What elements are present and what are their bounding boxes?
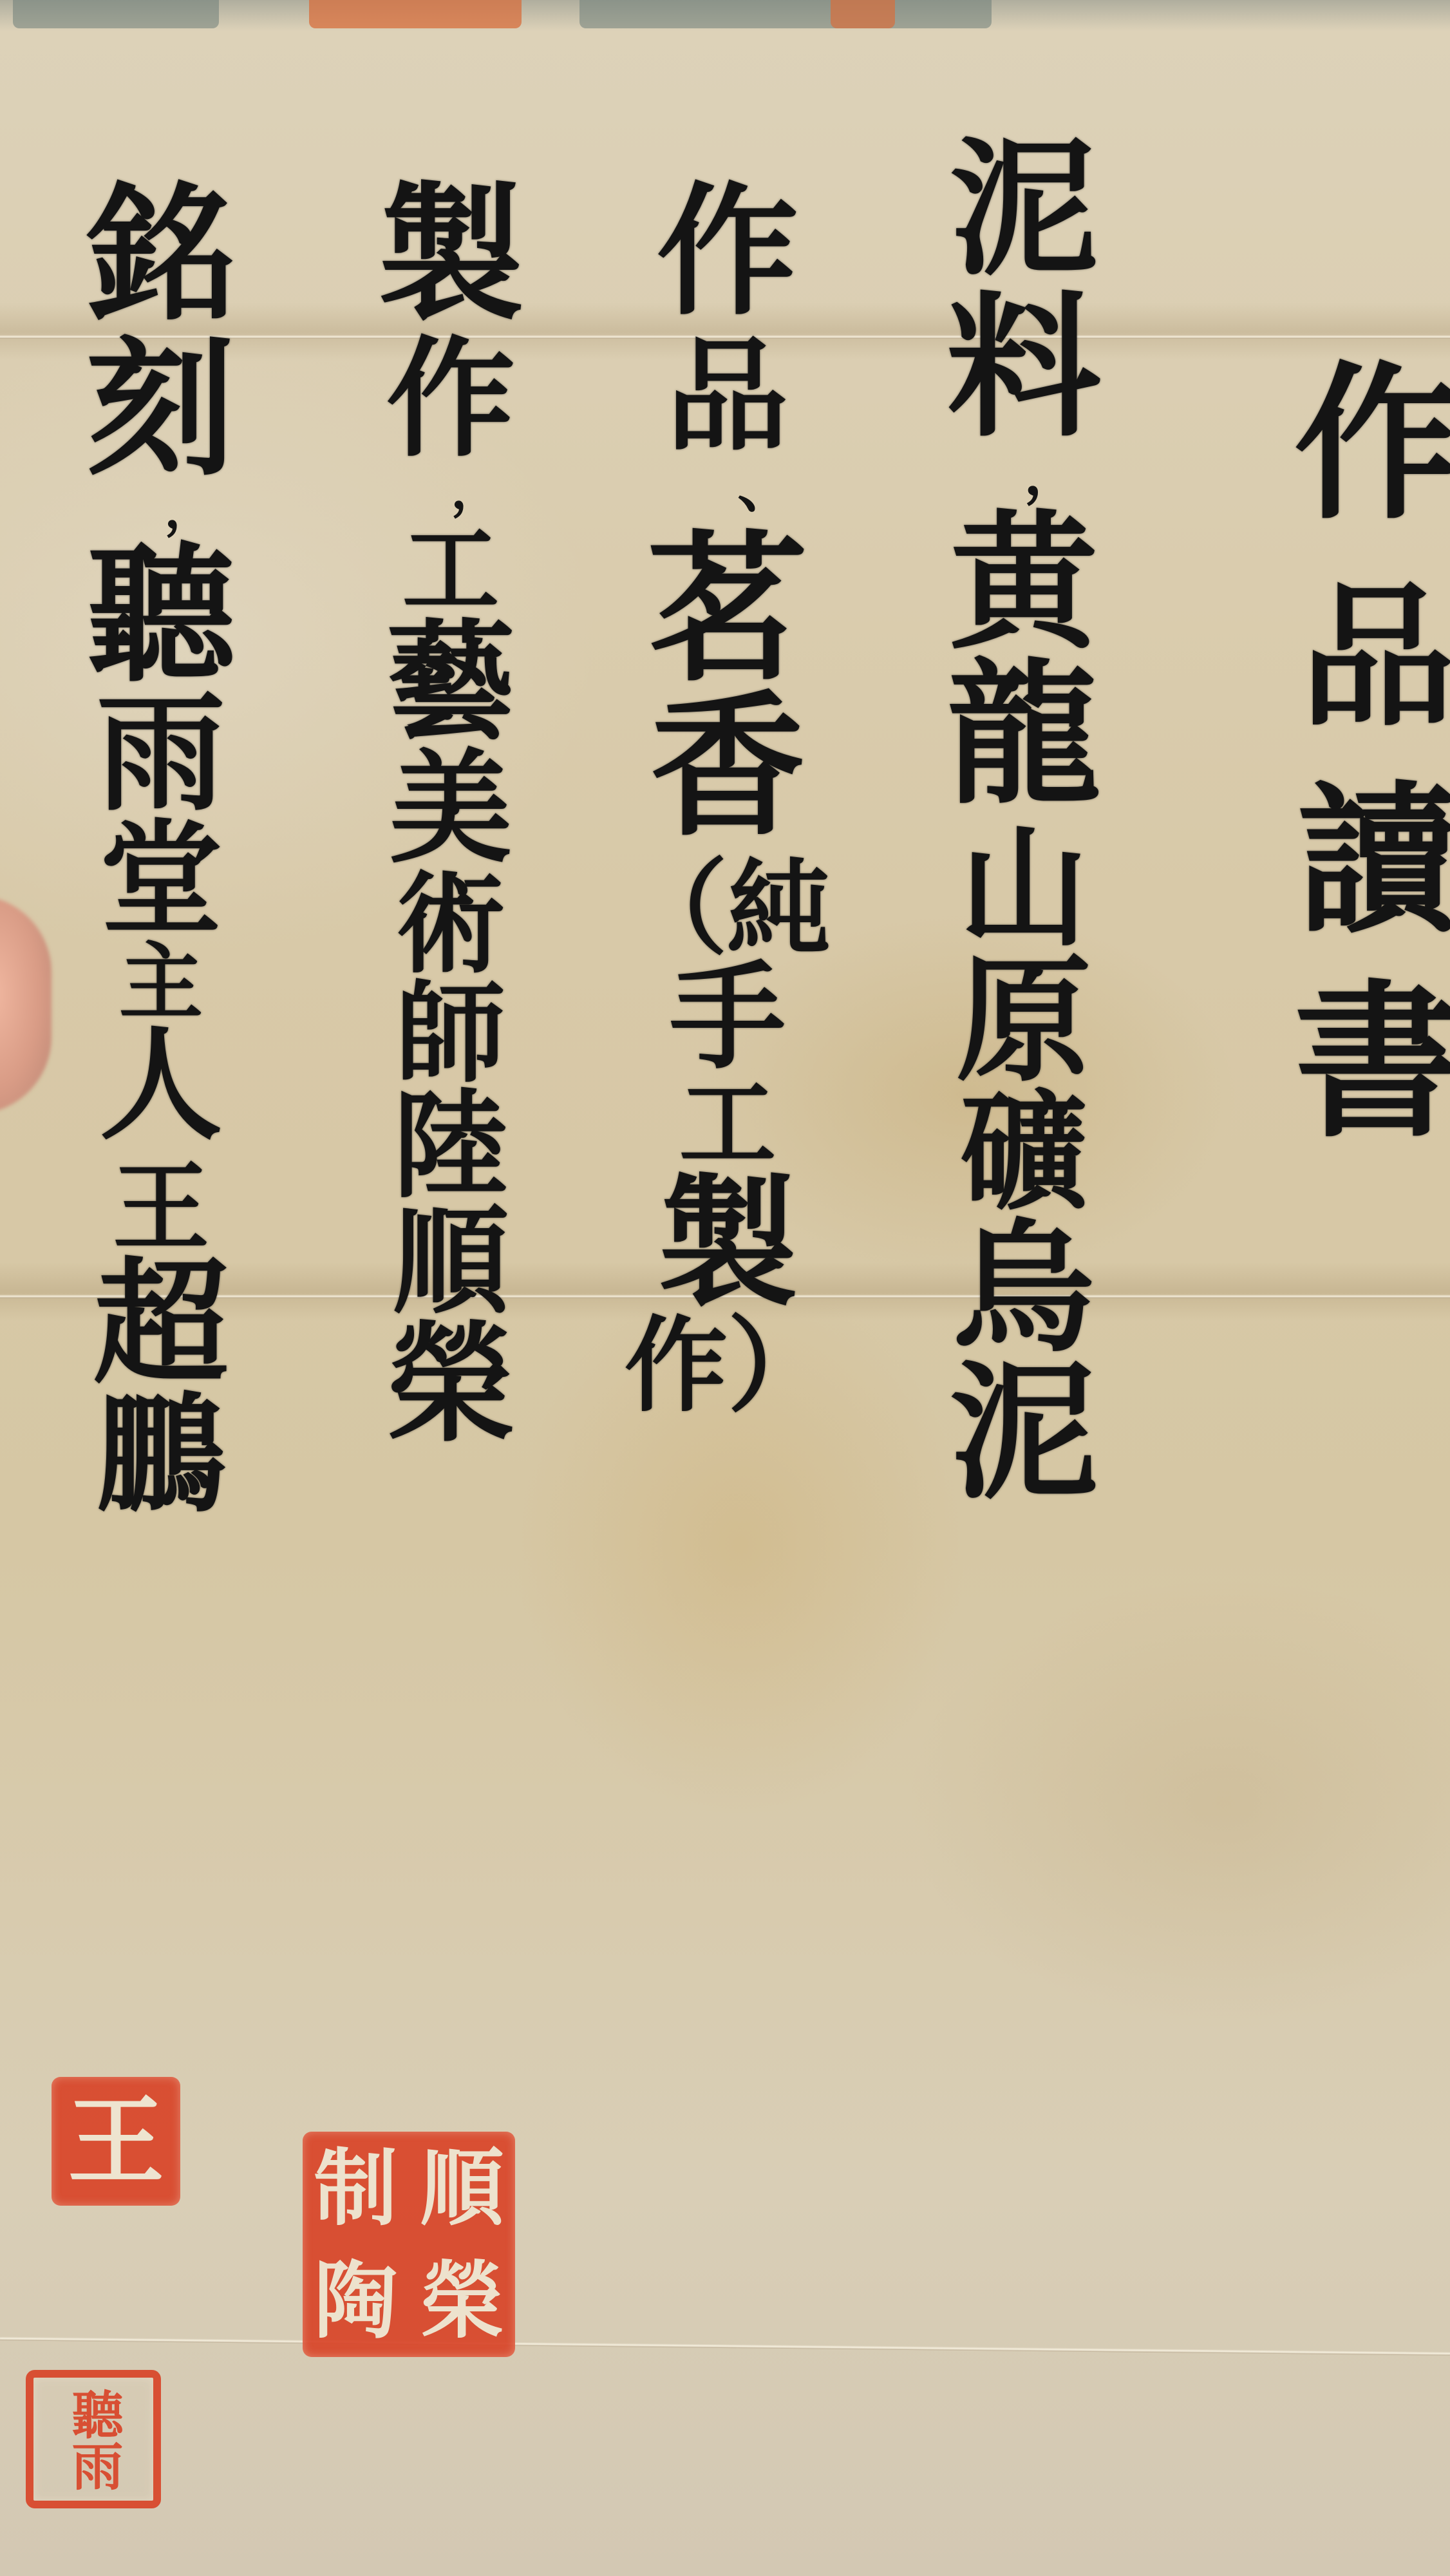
character: 工: [402, 522, 499, 618]
character: 人: [100, 1024, 222, 1146]
character: 礦: [959, 1088, 1088, 1217]
seal-character: 陶: [303, 2244, 409, 2357]
text-column-1: 作 品 讀 書: [1262, 361, 1450, 1146]
seal-wang: 王: [52, 2077, 180, 2206]
character: （純: [625, 857, 831, 960]
character: 書: [1294, 979, 1450, 1146]
character: 作: [1294, 361, 1450, 528]
character: 王: [113, 1159, 209, 1256]
character: 術: [396, 869, 505, 979]
seal-character: 榮: [409, 2244, 515, 2357]
punctuation: ，: [451, 464, 502, 515]
text-column-4: 製 作 ， 工 藝 美 術 師 陸 順 榮: [328, 180, 573, 1449]
character: 作）: [625, 1314, 831, 1417]
character: 師: [396, 979, 505, 1088]
character: 茗: [647, 528, 808, 689]
character: 製: [377, 180, 525, 328]
punctuation: 、: [737, 457, 795, 515]
seal-shunrong-zhitao: 制 順 陶 榮: [303, 2132, 515, 2357]
character: 龍: [946, 657, 1101, 811]
text-column-5-signature: 銘 刻 ， 聽 雨 堂 主 人 王 超 鵬: [26, 180, 296, 1520]
seal-character: 順: [409, 2132, 515, 2244]
character: 原: [956, 953, 1091, 1088]
character: 讀: [1297, 779, 1450, 940]
character: 銘: [87, 180, 235, 328]
character: 作: [657, 180, 798, 322]
character: 製: [657, 1172, 798, 1314]
ornament-gray: [579, 0, 992, 28]
seal-character: 聽雨: [33, 2378, 153, 2501]
character: 主: [119, 940, 203, 1024]
character: 品: [1301, 580, 1450, 734]
punctuation: ，: [1024, 444, 1082, 502]
text-column-3: 作 品 、 茗 香 （純 手 工 製 作）: [599, 180, 856, 1417]
seal-character: 制: [303, 2132, 409, 2244]
character: 工: [679, 1075, 776, 1172]
character: 香: [650, 689, 805, 844]
character: 聽: [87, 541, 235, 689]
character: 泥: [950, 135, 1098, 283]
character: 美: [390, 747, 512, 869]
character: 雨: [97, 689, 225, 818]
character: 作: [386, 335, 515, 464]
punctuation: ，: [164, 483, 216, 535]
character: 泥: [950, 1359, 1098, 1507]
character: 手: [670, 960, 786, 1075]
character: 順: [393, 1204, 509, 1320]
ornament-gray: [13, 0, 219, 28]
character: 品: [666, 335, 789, 457]
character: 陸: [393, 1088, 509, 1204]
character: 鵬: [97, 1391, 225, 1520]
character: 藝: [386, 618, 515, 747]
seal-character: 王: [52, 2077, 180, 2206]
character: 刻: [87, 335, 235, 483]
character: 黄: [950, 509, 1098, 657]
character: 烏: [953, 1217, 1095, 1359]
mounting-border-top: [0, 0, 1450, 31]
character: 榮: [386, 1320, 515, 1449]
character: 料: [946, 290, 1101, 444]
text-column-2: 泥 料 ， 黄 龍 山 原 礦 烏 泥: [895, 135, 1153, 1507]
seal-lower-left: 聽雨: [26, 2370, 161, 2508]
character: 堂: [100, 818, 222, 940]
ornament-orange: [831, 0, 895, 28]
ornament-orange: [309, 0, 522, 28]
character: 超: [93, 1256, 229, 1391]
character: 山: [959, 824, 1088, 953]
